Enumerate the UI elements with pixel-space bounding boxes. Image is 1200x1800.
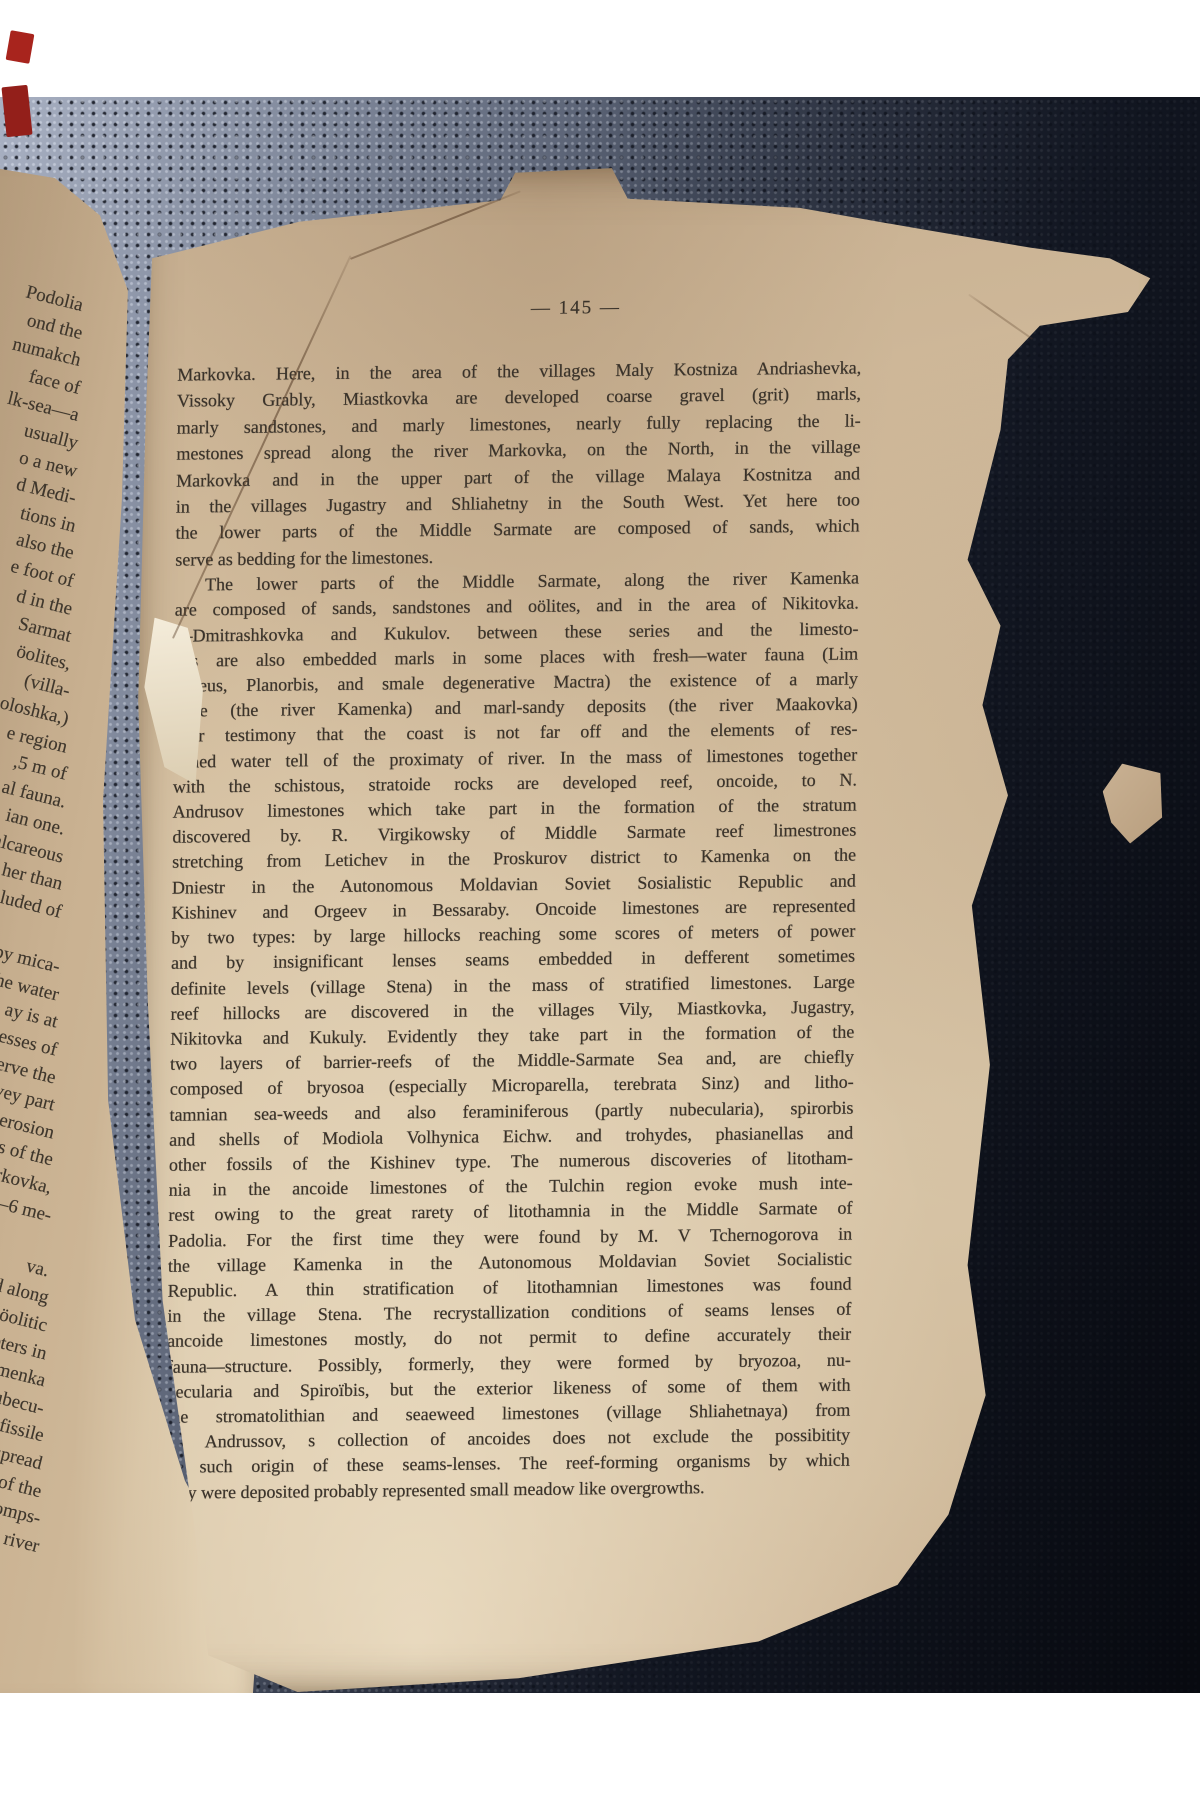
red-mark [1,85,32,137]
red-mark [6,30,35,64]
white-frame-top [0,0,1200,97]
page-number: — 145 — [476,296,676,320]
left-page-text-fragment: luded of [0,895,61,927]
white-frame-bottom [0,1693,1200,1800]
left-page-gap [0,1226,49,1258]
page-text-block: — 145 — Markovka. Here, in the area of t… [165,294,862,1505]
main-text-lines: Markovka. Here, in the area of the villa… [165,354,861,1505]
left-page-text-fragment: 3—6 me- [0,1198,50,1230]
left-page-text-fragment: he river [0,1529,39,1561]
